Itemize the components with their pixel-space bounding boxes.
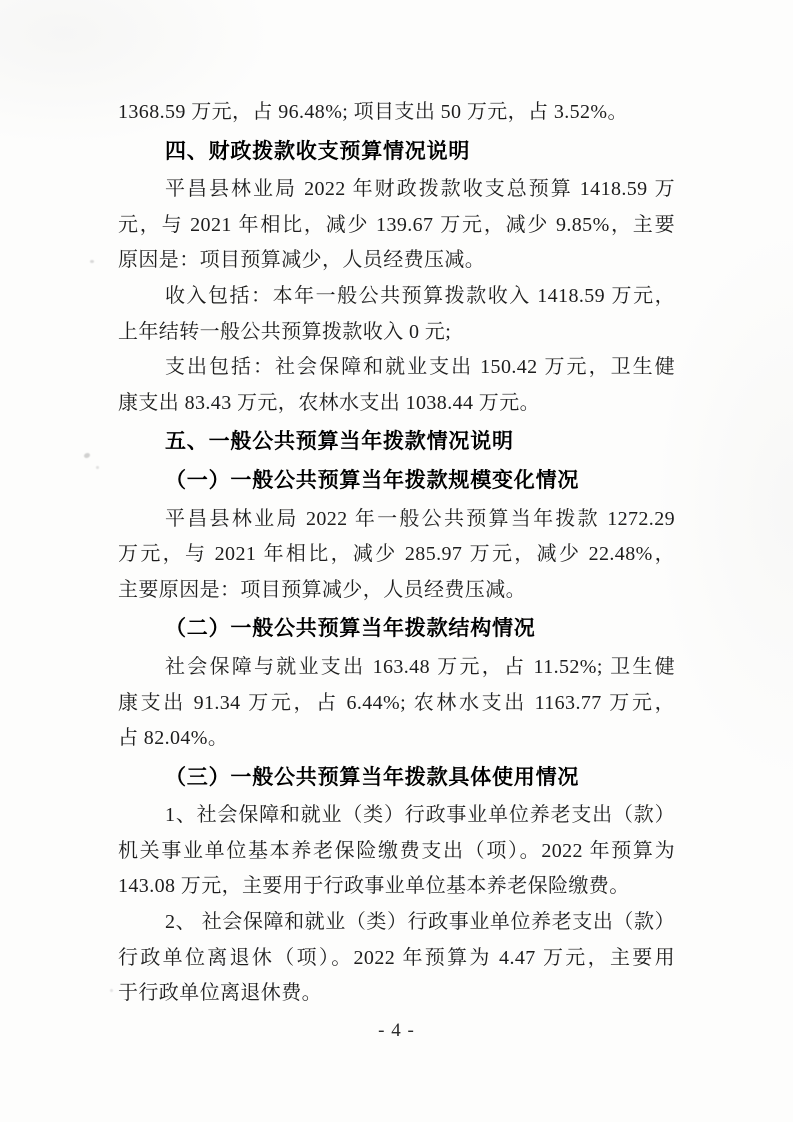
- para-line: 康支出 83.43 万元，农林水支出 1038.44 万元。: [118, 386, 675, 422]
- page-number: - 4 -: [118, 1020, 675, 1042]
- scan-artifact: [90, 260, 94, 263]
- heading-section-2: （二）一般公共预算当年拨款结构情况: [118, 611, 675, 647]
- heading-section-1: （一）一般公共预算当年拨款规模变化情况: [118, 463, 675, 499]
- para-line: 于行政单位离退休费。: [118, 976, 675, 1012]
- para-line: 1、社会保障和就业（类）行政事业单位养老支出（款）: [118, 798, 675, 834]
- para-line: 平昌县林业局 2022 年一般公共预算当年拨款 1272.29: [118, 502, 675, 538]
- para-line: 收入包括：本年一般公共预算拨款收入 1418.59 万元，: [118, 279, 675, 315]
- scan-artifact: [84, 453, 90, 458]
- para-line: 2、 社会保障和就业（类）行政事业单位养老支出（款）: [118, 905, 675, 941]
- para-line: 143.08 万元，主要用于行政事业单位基本养老保险缴费。: [118, 869, 675, 905]
- para-line: 行政单位离退休（项）。2022 年预算为 4.47 万元，主要用: [118, 941, 675, 977]
- para-line: 平昌县林业局 2022 年财政拨款收支总预算 1418.59 万: [118, 172, 675, 208]
- heading-section-3: （三）一般公共预算当年拨款具体使用情况: [118, 760, 675, 796]
- document-body: 1368.59 万元，占 96.48%; 项目支出 50 万元，占 3.52%。…: [118, 95, 675, 1012]
- scanned-document-page: 1368.59 万元，占 96.48%; 项目支出 50 万元，占 3.52%。…: [0, 0, 793, 1122]
- para-line: 元，与 2021 年相比，减少 139.67 万元，减少 9.85%，主要: [118, 208, 675, 244]
- para-line: 机关事业单位基本养老保险缴费支出（项）。2022 年预算为: [118, 834, 675, 870]
- para-line: 万元，与 2021 年相比，减少 285.97 万元，减少 22.48%，: [118, 537, 675, 573]
- scan-artifact: [110, 989, 113, 992]
- heading-part-4: 四、财政拨款收支预算情况说明: [118, 134, 675, 170]
- para-line: 康支出 91.34 万元，占 6.44%; 农林水支出 1163.77 万元，: [118, 686, 675, 722]
- para-line: 支出包括：社会保障和就业支出 150.42 万元，卫生健: [118, 350, 675, 386]
- scan-artifact: [96, 466, 99, 469]
- para-line: 社会保障与就业支出 163.48 万元，占 11.52%; 卫生健: [118, 650, 675, 686]
- heading-part-5: 五、一般公共预算当年拨款情况说明: [118, 424, 675, 460]
- para-continuation-line: 1368.59 万元，占 96.48%; 项目支出 50 万元，占 3.52%。: [118, 95, 675, 131]
- para-line: 主要原因是：项目预算减少，人员经费压减。: [118, 573, 675, 609]
- para-line: 原因是：项目预算减少，人员经费压减。: [118, 243, 675, 279]
- para-line: 占 82.04%。: [118, 721, 675, 757]
- para-line: 上年结转一般公共预算拨款收入 0 元;: [118, 315, 675, 351]
